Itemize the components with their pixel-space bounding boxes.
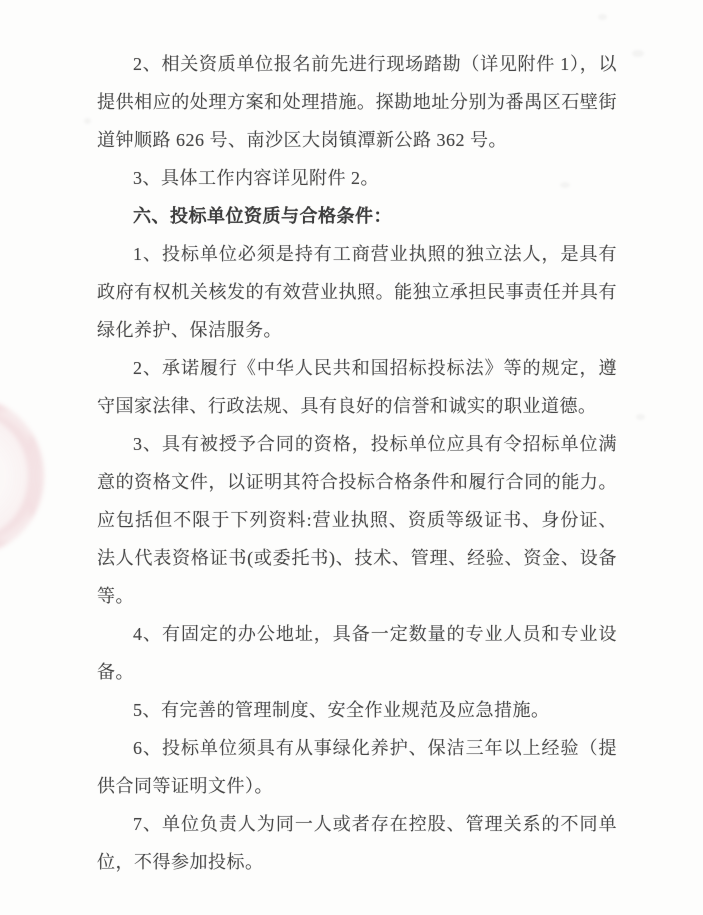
paragraph-qualification-6: 6、投标单位须具有从事绿化养护、保洁三年以上经验（提供合同等证明文件）。 (97, 729, 617, 805)
section-heading-qualifications: 六、投标单位资质与合格条件： (97, 197, 617, 235)
paragraph-qualification-3: 3、具有被授予合同的资格，投标单位应具有令招标单位满意的资格文件，以证明其符合投… (97, 425, 617, 615)
paragraph-qualification-1: 1、投标单位必须是持有工商营业执照的独立法人，是具有政府有权机关核发的有效营业执… (97, 235, 617, 349)
paragraph-qualification-7: 7、单位负责人为同一人或者存在控股、管理关系的不同单位，不得参加投标。 (97, 805, 617, 881)
scan-smudge (84, 118, 91, 124)
scan-smudge (598, 14, 607, 20)
paragraph-work-content: 3、具体工作内容详见附件 2。 (97, 159, 617, 197)
paragraph-qualification-5: 5、有完善的管理制度、安全作业规范及应急措施。 (97, 691, 617, 729)
scan-smudge (636, 414, 645, 420)
paragraph-qualification-2: 2、承诺履行《中华人民共和国招标投标法》等的规定，遵守国家法律、行政法规、具有良… (97, 349, 617, 425)
scan-smudge (632, 50, 644, 57)
document-page: 2、相关资质单位报名前先进行现场踏勘（详见附件 1），以提供相应的处理方案和处理… (0, 0, 703, 915)
paragraph-qualification-4: 4、有固定的办公地址，具备一定数量的专业人员和专业设备。 (97, 615, 617, 691)
red-seal-fragment (0, 398, 44, 554)
document-content: 2、相关资质单位报名前先进行现场踏勘（详见附件 1），以提供相应的处理方案和处理… (97, 45, 617, 881)
paragraph-site-survey: 2、相关资质单位报名前先进行现场踏勘（详见附件 1），以提供相应的处理方案和处理… (97, 45, 617, 159)
